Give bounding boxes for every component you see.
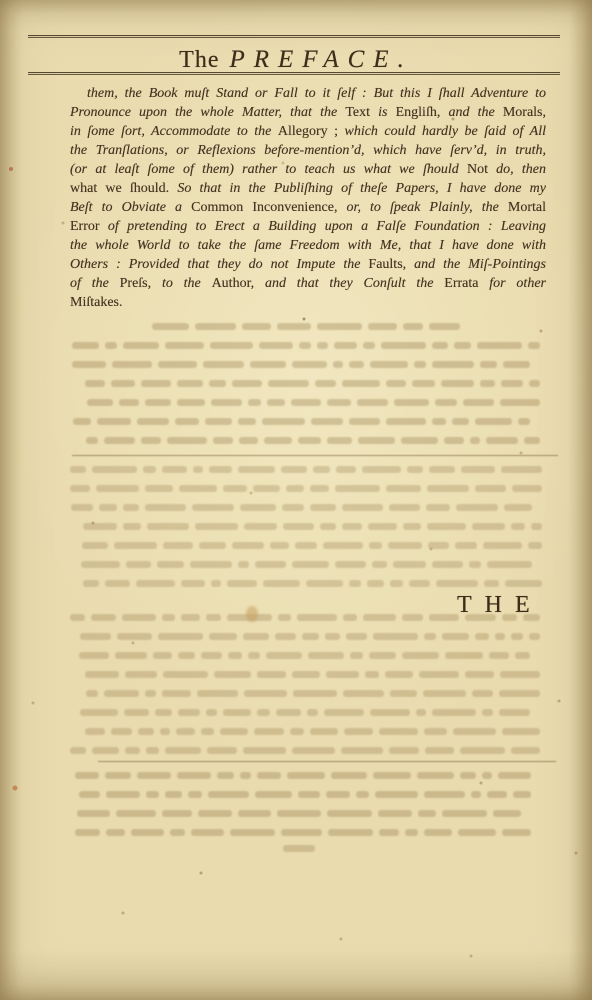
bleedthrough-word-blob [146,747,159,754]
bleedthrough-word-blob [238,418,256,425]
text-segment: is [370,105,396,120]
bleedthrough-line [70,580,542,589]
bleedthrough-line [75,810,521,819]
bleedthrough-word-blob [223,709,251,716]
bleedthrough-word-blob [343,690,384,697]
bleedthrough-word-blob [315,380,336,387]
bleedthrough-word-blob [327,437,352,444]
text-segment: Faults, [368,257,406,272]
bleedthrough-word-blob [402,652,439,659]
bleedthrough-word-blob [83,580,99,587]
bleedthrough-word-blob [105,580,130,587]
bleedthrough-word-blob [424,829,452,836]
page-scan: ThePREFACE. them, the Book muſt Stand or… [0,0,592,1000]
bleedthrough-word-blob [501,380,523,387]
bleedthrough-word-blob [323,542,363,549]
bleedthrough-word-blob [281,466,307,473]
bleedthrough-word-blob [524,437,540,444]
bleedthrough-word-blob [483,542,522,549]
bleedthrough-word-blob [177,399,205,406]
bleedthrough-word-blob [195,523,238,530]
bleedthrough-word-blob [487,791,507,798]
bleedthrough-word-blob [333,361,343,368]
bleedthrough-word-blob [293,690,337,697]
scanned-book-page: { "document": { "header": { "title_prefi… [0,0,592,1000]
bleedthrough-word-blob [277,323,311,330]
bleedthrough-word-blob [123,523,141,530]
bleedthrough-line [72,342,540,351]
bleedthrough-word-blob [71,504,93,511]
bleedthrough-word-blob [160,728,170,735]
bleedthrough-word-blob [145,690,156,697]
text-segment: Text [345,105,370,120]
bleedthrough-word-blob [72,361,106,368]
bleedthrough-word-blob [327,810,372,817]
bleedthrough-word-blob [407,466,423,473]
bleedthrough-word-blob [114,542,157,549]
bleedthrough-word-blob [277,810,321,817]
bleedthrough-word-blob [343,614,357,621]
bleedthrough-line [70,671,540,680]
bleedthrough-word-blob [335,485,380,492]
bleedthrough-word-blob [381,342,426,349]
bleedthrough-word-blob [112,361,152,368]
bleedthrough-word-blob [211,580,221,587]
bleedthrough-word-blob [136,580,175,587]
text-segment: of pretending to Erect a Building upon a… [100,219,546,234]
bleedthrough-word-blob [141,380,171,387]
text-segment: and the [440,105,503,120]
bleedthrough-word-blob [480,361,497,368]
bleedthrough-word-blob [403,523,421,530]
bleedthrough-word-blob [117,633,152,640]
bleedthrough-word-blob [429,323,460,330]
bleedthrough-word-blob [403,323,423,330]
bleedthrough-line [70,485,542,494]
bleedthrough-word-blob [477,342,522,349]
bleedthrough-word-blob [463,399,494,406]
bleedthrough-word-blob [153,652,172,659]
bleedthrough-word-blob [147,523,189,530]
bleedthrough-word-blob [386,380,406,387]
bleedthrough-word-blob [342,380,380,387]
bleedthrough-word-blob [460,772,476,779]
bleedthrough-word-blob [445,652,483,659]
text-segment: them, the Book muſt Stand or Fall to it … [87,86,546,101]
bleedthrough-word-blob [126,561,151,568]
text-segment: and that they Conſult the [254,276,444,291]
bleedthrough-word-blob [295,542,317,549]
bleedthrough-word-blob [458,829,496,836]
text-segment: the Tranſlations, or Reflexions before-m… [70,143,546,158]
bleedthrough-word-blob [427,523,466,530]
bleedthrough-word-blob [75,829,100,836]
bleedthrough-word-blob [268,380,309,387]
bleedthrough-word-blob [428,542,449,549]
bleedthrough-word-blob [125,671,157,678]
bleedthrough-word-blob [137,418,169,425]
bleedthrough-word-blob [238,466,275,473]
text-segment: Beſt to Obviate a [70,200,191,215]
bleedthrough-line [70,523,542,532]
bleedthrough-word-blob [267,399,285,406]
bleedthrough-word-blob [70,747,86,754]
bleedthrough-word-blob [292,361,327,368]
bleedthrough-word-blob [389,504,420,511]
bleedthrough-word-blob [170,829,185,836]
bleedthrough-word-blob [325,633,340,640]
bleedthrough-word-blob [298,437,321,444]
bleedthrough-word-blob [529,380,540,387]
paragraph-line: of the Preſs, to the Author, and that th… [70,274,546,293]
bleedthrough-word-blob [502,728,540,735]
bleedthrough-word-blob [346,633,367,640]
bleedthrough-word-blob [178,709,200,716]
bleedthrough-word-blob [193,466,203,473]
bleedthrough-line [152,323,460,332]
bleedthrough-word-blob [162,466,187,473]
bleedthrough-line [75,829,531,838]
bleedthrough-word-blob [287,772,325,779]
text-segment: or, to ſpeak Plainly, the [337,200,507,215]
bleedthrough-word-blob [331,772,367,779]
paragraph-line: them, the Book muſt Stand or Fall to it … [70,84,546,103]
bleedthrough-word-blob [106,791,140,798]
paragraph-line: Miſtakes. [70,293,546,312]
bleedthrough-word-blob [358,437,395,444]
bleedthrough-word-blob [286,485,304,492]
bleedthrough-word-blob [205,418,232,425]
bleedthrough-word-blob [73,418,91,425]
bleedthrough-word-blob [486,437,518,444]
text-segment: Author, [212,276,255,291]
bleedthrough-word-blob [386,485,421,492]
bleedthrough-word-blob [232,380,262,387]
bleedthrough-word-blob [370,361,408,368]
bleedthrough-word-blob [165,791,182,798]
bleedthrough-word-blob [454,342,471,349]
bleedthrough-word-blob [122,614,156,621]
text-segment: which could hardly be ſaid of All [338,124,546,139]
bleedthrough-word-blob [214,671,251,678]
bleedthrough-word-blob [188,791,202,798]
bleedthrough-word-blob [482,709,493,716]
bleedthrough-word-blob [210,342,253,349]
paragraph-line: in ſome ſort, Accommodate to the Allegor… [70,122,546,141]
bleedthrough-word-blob [162,810,192,817]
bleedthrough-word-blob [480,380,495,387]
bleedthrough-word-blob [489,652,509,659]
bleedthrough-word-blob [223,485,247,492]
bleedthrough-word-blob [77,810,110,817]
bleedthrough-word-blob [432,342,448,349]
bleedthrough-word-blob [192,504,234,511]
bleedthrough-word-blob [175,418,199,425]
bleedthrough-word-blob [96,485,139,492]
bleedthrough-word-blob [99,504,117,511]
bleedthrough-word-blob [244,690,287,697]
bleedthrough-word-blob [190,561,232,568]
bleedthrough-word-blob [518,418,530,425]
paragraph-line: the Tranſlations, or Reflexions before-m… [70,141,546,160]
bleedthrough-line [70,542,542,551]
bleedthrough-word-blob [418,810,436,817]
bleedthrough-word-blob [152,323,189,330]
bleedthrough-word-blob [141,437,161,444]
bleedthrough-word-blob [138,728,154,735]
bleedthrough-word-blob [349,418,380,425]
text-segment: do, then [488,162,546,177]
bleedthrough-word-blob [379,728,418,735]
bleedthrough-word-blob [442,810,487,817]
bleedthrough-word-blob [424,728,447,735]
bleedthrough-word-blob [472,523,505,530]
paragraph-line: Others : Provided that they do not Imput… [70,255,546,274]
bleedthrough-word-blob [475,418,512,425]
bleedthrough-word-blob [119,399,139,406]
bleedthrough-word-blob [177,380,203,387]
bleedthrough-word-blob [105,342,117,349]
bleedthrough-word-blob [209,633,237,640]
bleedthrough-word-blob [240,504,276,511]
page-title-prefix: The [179,47,219,73]
bleedthrough-word-blob [311,418,343,425]
bleedthrough-word-blob [401,437,438,444]
bleedthrough-word-blob [412,380,435,387]
header-rule-bottom [28,72,560,75]
bleedthrough-word-blob [230,829,275,836]
bleedthrough-word-blob [461,466,495,473]
bleedthrough-word-blob [425,747,454,754]
bleedthrough-word-blob [389,747,419,754]
bleedthrough-word-blob [386,418,426,425]
bleedthrough-word-blob [92,747,119,754]
bleedthrough-word-blob [444,437,464,444]
text-segment: Preſs, [120,276,152,291]
text-segment: what we ſhould. [70,181,169,196]
bleedthrough-word-blob [70,614,85,621]
bleedthrough-word-blob [441,380,474,387]
bleedthrough-word-blob [115,652,147,659]
bleedthrough-word-blob [432,561,463,568]
bleedthrough-word-blob [80,709,118,716]
bleedthrough-word-blob [257,671,286,678]
bleedthrough-word-blob [388,542,422,549]
text-segment: Others : Provided that they do not Imput… [70,257,368,272]
bleedthrough-word-blob [145,504,186,511]
bleedthrough-word-blob [342,504,383,511]
text-segment: Errata [444,276,478,291]
text-segment: Morals, [503,105,546,120]
bleedthrough-word-blob [209,466,232,473]
bleedthrough-word-blob [208,791,249,798]
bleedthrough-word-blob [206,709,217,716]
bleedthrough-word-blob [111,728,132,735]
bleedthrough-word-blob [278,614,291,621]
bleedthrough-word-blob [336,466,356,473]
bleedthrough-word-blob [195,323,236,330]
bleedthrough-word-blob [341,747,383,754]
bleedthrough-word-blob [385,671,413,678]
bleedthrough-word-blob [220,728,248,735]
bleedthrough-word-blob [504,504,532,511]
bleedthrough-word-blob [317,323,362,330]
bleedthrough-line [70,633,540,642]
bleedthrough-word-blob [511,523,525,530]
bleedthrough-word-blob [320,523,336,530]
bleedthrough-line [70,690,540,699]
bleedthrough-word-blob [390,690,417,697]
bleedthrough-word-blob [165,342,204,349]
bleedthrough-word-blob [402,614,423,621]
bleedthrough-word-blob [432,709,476,716]
bleedthrough-word-blob [232,542,264,549]
bleedthrough-word-blob [255,791,292,798]
bleedthrough-word-blob [453,728,496,735]
bleedthrough-word-blob [367,580,384,587]
bleedthrough-word-blob [282,504,304,511]
bleedthrough-word-blob [85,380,105,387]
bleedthrough-word-blob [512,485,542,492]
bleedthrough-word-blob [452,418,469,425]
bleedthrough-word-blob [240,772,251,779]
bleedthrough-word-blob [165,747,201,754]
bleedthrough-word-blob [104,437,135,444]
bleedthrough-word-blob [292,671,320,678]
bleedthrough-word-blob [368,523,397,530]
bleedthrough-word-blob [146,791,159,798]
bleedthrough-word-blob [290,728,304,735]
foxing-stain [246,606,258,622]
paragraph-line: Beſt to Obviate a Common Inconvenience, … [70,198,546,217]
bleedthrough-word-blob [253,485,280,492]
bleedthrough-word-blob [83,523,117,530]
bleedthrough-word-blob [191,829,224,836]
paragraph-line: the whole World to take the ſame Freedom… [70,236,546,255]
bleedthrough-word-blob [257,772,281,779]
bleedthrough-word-blob [324,709,364,716]
bleedthrough-word-blob [239,437,258,444]
bleedthrough-line [72,437,540,446]
bleedthrough-word-blob [263,580,300,587]
text-segment: the whole World to take the ſame Freedom… [70,238,546,253]
bleedthrough-line [75,791,531,800]
text-segment: Mortal [508,200,546,215]
bleedthrough-word-blob [250,361,286,368]
bleedthrough-word-blob [177,772,211,779]
bleedthrough-word-blob [363,342,375,349]
bleedthrough-word-blob [427,485,469,492]
bleedthrough-word-blob [145,399,171,406]
bleedthrough-word-blob [92,466,137,473]
bleedthrough-word-blob [199,542,226,549]
bleedthrough-word-blob [500,399,540,406]
bleedthrough-word-blob [111,380,135,387]
bleedthrough-word-blob [85,728,105,735]
bleedthrough-word-blob [528,542,542,549]
bleedthrough-word-blob [131,829,164,836]
bleedthrough-word-blob [356,791,369,798]
bleedthrough-word-blob [254,728,284,735]
bleedthrough-word-blob [143,466,156,473]
bleedthrough-word-blob [493,810,521,817]
bleedthrough-word-blob [436,580,478,587]
bleedthrough-word-blob [270,542,289,549]
bleedthrough-word-blob [244,523,277,530]
bleedthrough-word-blob [442,633,469,640]
text-segment: (or at leaſt ſome of them) rather to tea… [70,162,467,177]
bleedthrough-word-blob [82,542,108,549]
bleedthrough-word-blob [158,361,197,368]
text-segment: for other [478,276,546,291]
bleedthrough-word-blob [503,361,530,368]
bleedthrough-word-blob [310,485,329,492]
bleedthrough-word-blob [379,829,399,836]
bleedthrough-word-blob [163,671,208,678]
bleedthrough-word-blob [372,561,387,568]
bleedthrough-word-blob [209,380,226,387]
paragraph-line: (or at leaſt ſome of them) rather to tea… [70,160,546,179]
bleedthrough-word-blob [349,580,361,587]
bleedthrough-word-blob [472,690,493,697]
bleedthrough-word-blob [262,418,305,425]
bleedthrough-line [72,418,530,427]
bleedthrough-word-blob [455,542,477,549]
bleedthrough-word-blob [378,810,412,817]
bleedthrough-word-blob [369,542,382,549]
bleedthrough-line [75,772,531,781]
bleedthrough-word-blob [70,485,90,492]
bleedthrough-word-blob [469,561,481,568]
bleedthrough-word-blob [310,728,338,735]
bleedthrough-word-blob [531,523,542,530]
bleedthrough-line [70,652,530,661]
bleedthrough-word-blob [297,614,337,621]
bleedthrough-word-blob [505,580,542,587]
bleedthrough-word-blob [85,671,119,678]
bleedthrough-word-blob [302,633,319,640]
bleedthrough-line [72,361,530,370]
bleedthrough-word-blob [105,772,131,779]
bleedthrough-word-blob [259,342,293,349]
bleedthrough-word-blob [266,652,302,659]
bleedthrough-word-blob [511,747,540,754]
bleedthrough-word-blob [163,542,193,549]
bleedthrough-word-blob [368,323,397,330]
bleedthrough-word-blob [176,728,195,735]
page-title-word: PREFACE. [229,46,412,73]
bleedthrough-word-blob [243,633,269,640]
bleedthrough-line [72,399,540,408]
bleedthrough-line [70,747,540,756]
bleedthrough-word-blob [373,633,418,640]
bleedthrough-word-blob [213,437,233,444]
bleedthrough-word-blob [275,633,296,640]
bleedthrough-word-blob [432,418,446,425]
bleedthrough-word-blob [487,561,532,568]
bleedthrough-word-blob [416,709,426,716]
bleedthrough-word-blob [243,747,286,754]
bleedthrough-word-blob [167,437,207,444]
text-segment: Pronounce upon the whole Matter, that th… [70,105,345,120]
bleedthrough-word-blob [137,772,171,779]
bleedthrough-word-blob [357,399,388,406]
bleedthrough-word-blob [238,561,249,568]
bleedthrough-word-blob [79,791,100,798]
bleedthrough-word-blob [206,614,221,621]
page-title: ThePREFACE. [0,38,592,75]
bleedthrough-word-blob [162,690,191,697]
